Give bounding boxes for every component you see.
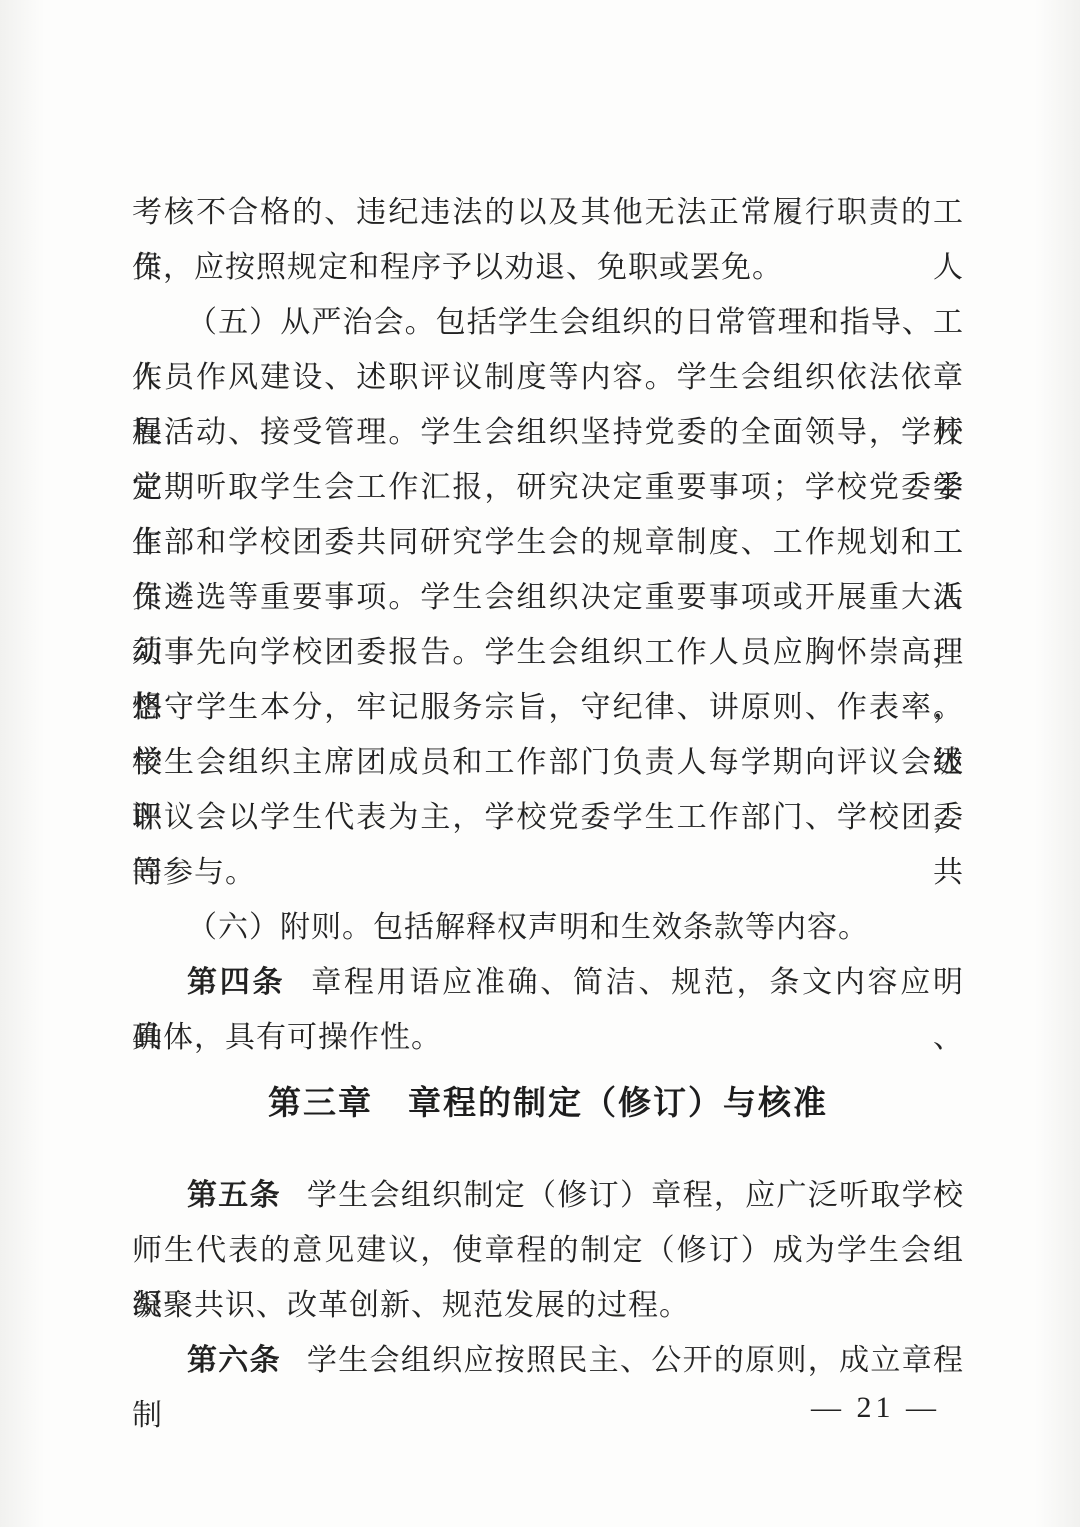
document-body: 考核不合格的、违纪违法的以及其他无法正常履行职责的工作人 员，应按照规定和程序予…: [132, 185, 964, 1388]
text-line: 员遴选等重要事项。学生会组织决定重要事项或开展重大活动，: [132, 570, 964, 625]
text-line: 评议会以学生代表为主，学校党委学生工作部门、学校团委等共: [132, 790, 964, 845]
text-line: 师生代表的意见建议，使章程的制定（修订）成为学生会组织: [132, 1223, 964, 1278]
text-line-article: 第四条章程用语应准确、简洁、规范，条文内容应明确、: [132, 955, 964, 1010]
text-line: 人员作风建设、述职评议制度等内容。学生会组织依法依章程开: [132, 350, 964, 405]
text-line: 展活动、接受管理。学生会组织坚持党委的全面领导，学校党委: [132, 405, 964, 460]
text-line-article: 第五条学生会组织制定（修订）章程，应广泛听取学校: [132, 1168, 964, 1223]
text-line: 须事先向学校团委报告。学生会组织工作人员应胸怀崇高理想，: [132, 625, 964, 680]
article-number: 第六条: [187, 1344, 281, 1377]
article-text: 学生会组织制定（修订）章程，应广泛听取学校: [307, 1179, 964, 1212]
text-line: （六）附则。包括解释权声明和生效条款等内容。: [132, 900, 964, 955]
text-line: 定期听取学生会工作汇报，研究决定重要事项；学校党委学生工: [132, 460, 964, 515]
text-line: （五）从严治会。包括学生会组织的日常管理和指导、工作: [132, 295, 964, 350]
page-number: — 21 —: [811, 1385, 940, 1430]
text-line: 凝聚共识、改革创新、规范发展的过程。: [132, 1278, 964, 1333]
text-line: 考核不合格的、违纪违法的以及其他无法正常履行职责的工作人: [132, 185, 964, 240]
text-line: 恪守学生本分，牢记服务宗旨，守纪律、讲原则、作表率。校级: [132, 680, 964, 735]
chapter-heading: 第三章 章程的制定（修订）与核准: [132, 1077, 964, 1132]
article-number: 第四条: [187, 966, 285, 999]
document-page: 考核不合格的、违纪违法的以及其他无法正常履行职责的工作人 员，应按照规定和程序予…: [0, 0, 1080, 1527]
article-number: 第五条: [187, 1179, 281, 1212]
text-line: 作部和学校团委共同研究学生会的规章制度、工作规划和工作人: [132, 515, 964, 570]
text-line-article: 第六条学生会组织应按照民主、公开的原则，成立章程制: [132, 1333, 964, 1388]
text-line: 学生会组织主席团成员和工作部门负责人每学期向评议会述职，: [132, 735, 964, 790]
